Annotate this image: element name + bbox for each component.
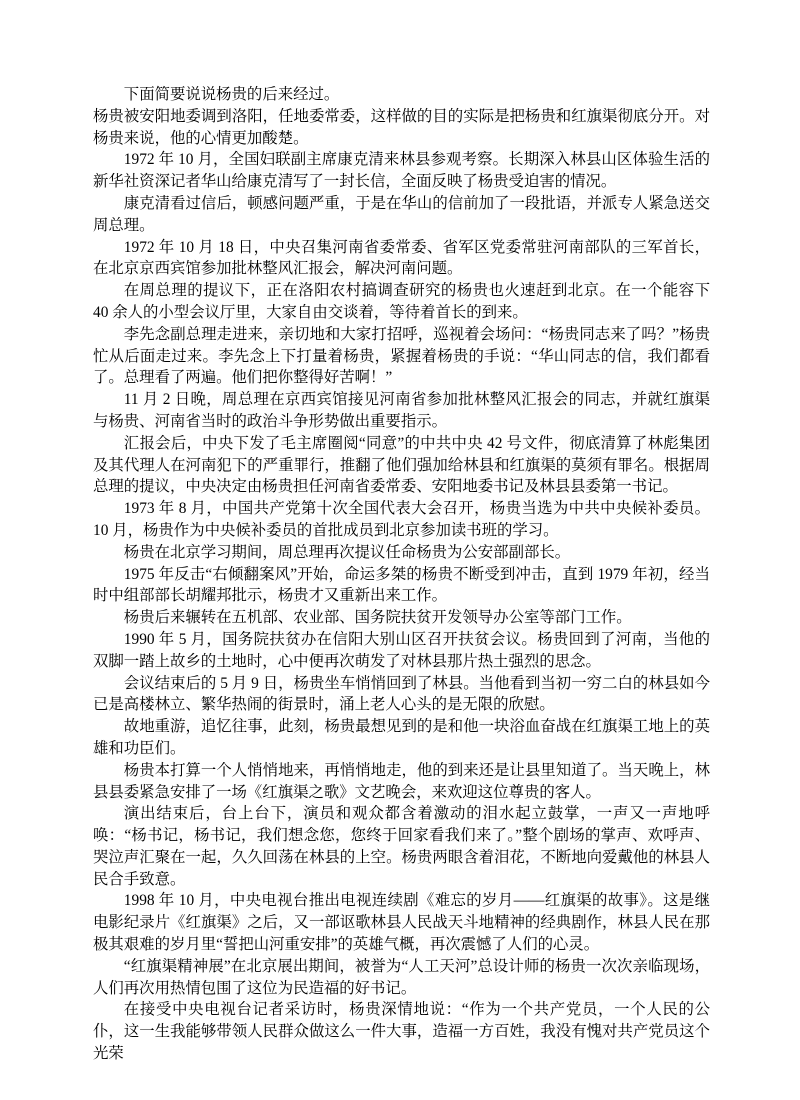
paragraph: 1972 年 10 月 18 日，中央召集河南省委常委、省军区党委常驻河南部队的… [93,237,710,281]
paragraph: 1975 年反击“右倾翻案风”开始，命运多桀的杨贵不断受到冲击，直到 1979 … [93,564,710,608]
paragraph: 杨贵在北京学习期间，周总理再次提议任命杨贵为公安部副部长。 [93,542,710,564]
paragraph: 在周总理的提议下，正在洛阳农村搞调查研究的杨贵也火速赶到北京。在一个能容下 40… [93,280,710,324]
paragraph: 杨贵本打算一个人悄悄地来，再悄悄地走，他的到来还是让县里知道了。当天晚上，林县县… [93,760,710,804]
paragraph: 演出结束后，台上台下，演员和观众都含着激动的泪水起立鼓掌，一声又一声地呼唤：“杨… [93,803,710,890]
document-page: 下面简要说说杨贵的后来经过。杨贵被安阳地委调到洛阳，任地委常委，这样做的目的实际… [0,0,800,1100]
paragraph: 汇报会后，中央下发了毛主席圈阅“同意”的中共中央 42 号文件，彻底清算了林彪集… [93,433,710,498]
paragraph: 李先念副总理走进来，亲切地和大家打招呼，巡视着会场问：“杨贵同志来了吗？”杨贵忙… [93,324,710,389]
paragraph: 1972 年 10 月，全国妇联副主席康克清来林县参观考察。长期深入林县山区体验… [93,149,710,193]
paragraph: 在接受中央电视台记者采访时，杨贵深情地说：“作为一个共产党员，一个人民的公仆，这… [93,999,710,1064]
paragraph: 下面简要说说杨贵的后来经过。 [93,84,710,106]
paragraph: 会议结束后的 5 月 9 日，杨贵坐车悄悄回到了林县。当他看到当初一穷二白的林县… [93,673,710,717]
paragraph: “红旗渠精神展”在北京展出期间，被誉为“人工天河”总设计师的杨贵一次次亲临现场，… [93,956,710,1000]
paragraph: 1973 年 8 月，中国共产党第十次全国代表大会召开，杨贵当选为中共中央候补委… [93,498,710,542]
paragraph: 故地重游，追忆往事，此刻，杨贵最想见到的是和他一块浴血奋战在红旗渠工地上的英雄和… [93,716,710,760]
paragraph: 杨贵被安阳地委调到洛阳，任地委常委，这样做的目的实际是把杨贵和红旗渠彻底分开。对… [93,106,710,150]
paragraph: 11 月 2 日晚，周总理在京西宾馆接见河南省参加批林整风汇报会的同志，并就红旗… [93,389,710,433]
paragraph: 杨贵后来辗转在五机部、农业部、国务院扶贫开发领导办公室等部门工作。 [93,607,710,629]
document-body: 下面简要说说杨贵的后来经过。杨贵被安阳地委调到洛阳，任地委常委，这样做的目的实际… [93,84,710,1065]
paragraph: 1998 年 10 月，中央电视台推出电视连续剧《难忘的岁月——红旗渠的故事》。… [93,890,710,955]
paragraph: 康克清看过信后，顿感问题严重，于是在华山的信前加了一段批语，并派专人紧急送交周总… [93,193,710,237]
paragraph: 1990 年 5 月，国务院扶贫办在信阳大别山区召开扶贫会议。杨贵回到了河南，当… [93,629,710,673]
